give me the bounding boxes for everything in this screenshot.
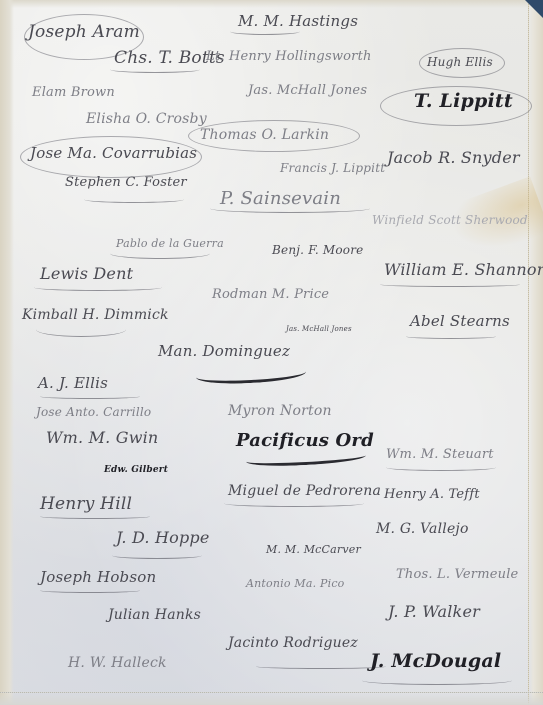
flourish-heavy xyxy=(246,449,367,468)
signature-elam-brown: Elam Brown xyxy=(32,86,115,99)
signature-pacificus-ord: Pacificus Ord xyxy=(236,432,374,450)
signature-jose-carrillo: Jose Anto. Carrillo xyxy=(36,406,151,418)
signature-joseph-aram: Joseph Aram xyxy=(28,24,140,41)
signature-joseph-hobson: Joseph Hobson xyxy=(40,570,156,585)
signature-elisha-crosby: Elisha O. Crosby xyxy=(86,112,207,126)
signature-antonio-pico: Antonio Ma. Pico xyxy=(246,578,345,589)
signature-j-mcdougal: J. McDougal xyxy=(370,652,501,671)
flourish-line xyxy=(224,500,364,507)
signature-wm-steuart: Wm. M. Steuart xyxy=(386,448,494,461)
signature-henry-tefft: Henry A. Tefft xyxy=(384,488,480,501)
flourish-line xyxy=(36,322,126,337)
signature-miguel-pedrorena: Miguel de Pedrorena xyxy=(228,484,381,498)
page-left-edge xyxy=(0,0,14,705)
signature-winfield-sherwood: Winfield Scott Sherwood xyxy=(372,214,528,226)
flourish-line xyxy=(34,284,162,291)
signature-pablo-de-la-guerra: Pablo de la Guerra xyxy=(116,238,224,249)
flourish-line xyxy=(380,282,520,287)
signature-jp-walker: J. P. Walker xyxy=(388,604,480,620)
signature-jacob-snyder: Jacob R. Snyder xyxy=(387,150,520,166)
signature-sainsevain: P. Sainsevain xyxy=(220,190,341,208)
flourish-heavy xyxy=(196,363,307,386)
signature-thomas-larkin: Thomas O. Larkin xyxy=(200,128,329,142)
flourish-line xyxy=(40,394,140,399)
signature-stephen-foster: Stephen C. Foster xyxy=(65,176,187,189)
signature-lewis-dent: Lewis Dent xyxy=(40,266,133,282)
signature-jas-mchall-jones: Jas. McHall Jones xyxy=(248,84,367,97)
signature-francis-lippitt: Francis J. Lippitt xyxy=(280,162,385,174)
page-bottom-edge xyxy=(0,692,543,705)
signature-myron-norton: Myron Norton xyxy=(228,404,332,418)
signature-mm-mccarver: M. M. McCarver xyxy=(266,544,361,555)
flourish-line xyxy=(406,334,496,339)
signature-wm-gwin: Wm. M. Gwin xyxy=(46,430,158,446)
page-corner-background xyxy=(525,0,543,18)
flourish-line xyxy=(362,676,512,685)
flourish-line xyxy=(84,196,184,203)
signature-william-shannon: William E. Shannon xyxy=(384,262,543,278)
signature-henry-hollingsworth: Lt. Henry Hollingsworth xyxy=(206,50,372,63)
signature-thos-vermeule: Thos. L. Vermeule xyxy=(396,568,518,581)
flourish-line xyxy=(386,464,496,471)
signature-small-jones: Jas. McHall Jones xyxy=(286,326,352,333)
signature-jd-hoppe: J. D. Hoppe xyxy=(116,530,210,546)
flourish-line xyxy=(40,588,140,593)
flourish-line xyxy=(40,514,150,519)
signature-julian-hanks: Julian Hanks xyxy=(108,608,201,622)
signature-mg-vallejo: M. G. Vallejo xyxy=(376,522,469,536)
signature-hw-halleck: H. W. Halleck xyxy=(68,656,167,670)
signature-kimball-dimmick: Kimball H. Dimmick xyxy=(22,308,169,322)
signature-rodman-price: Rodman M. Price xyxy=(212,288,329,301)
signature-covarrubias: Jose Ma. Covarrubias xyxy=(30,146,197,161)
signature-abel-stearns: Abel Stearns xyxy=(410,314,510,329)
signature-hastings: M. M. Hastings xyxy=(238,14,358,29)
flourish-line xyxy=(112,552,202,559)
signature-lippitt-initials: T. Lippitt xyxy=(414,92,513,111)
signature-aj-ellis: A. J. Ellis xyxy=(38,376,108,391)
signature-hugh-ellis: Hugh Ellis xyxy=(427,56,493,68)
signature-benj-moore: Benj. F. Moore xyxy=(272,244,363,256)
signature-jacinto-rodriguez: Jacinto Rodriguez xyxy=(228,636,358,650)
flourish-line xyxy=(256,664,386,669)
signature-edw-gilbert: Edw. Gilbert xyxy=(104,466,168,475)
document-page: Joseph Aram Chs. T. Botts Lt. Henry Holl… xyxy=(0,0,543,705)
signature-man-dominguez: Man. Dominguez xyxy=(158,344,290,359)
page-top-edge xyxy=(0,0,543,8)
signature-henry-hill: Henry Hill xyxy=(40,496,132,513)
